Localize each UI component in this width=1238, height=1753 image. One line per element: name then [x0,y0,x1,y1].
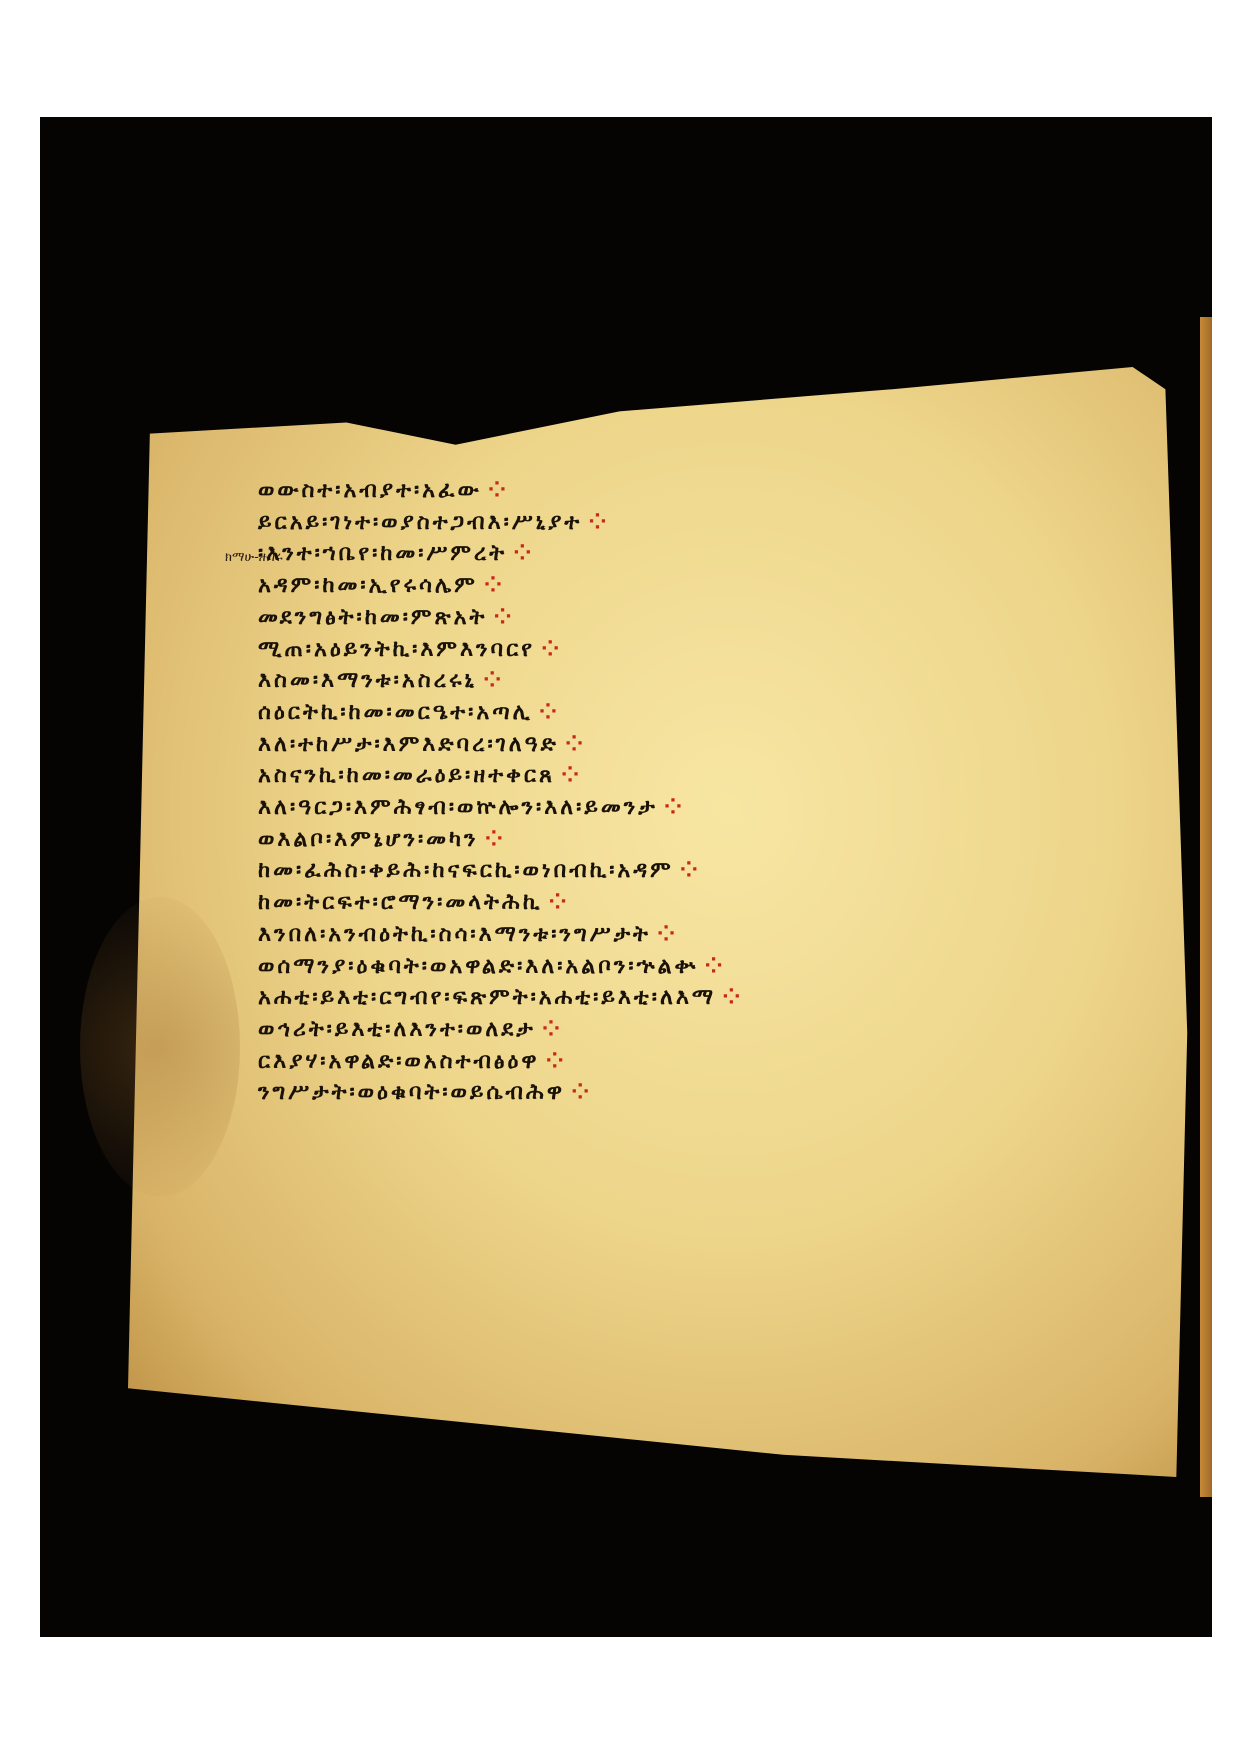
rubric-cross-icon: ⁘ [539,700,560,725]
rubric-cross-icon: ⁘ [485,827,506,852]
line-text: እለ፡ዓርጋ፡እምሕፃብ፡ወኵሎን፡እለ፡ይመንታ [258,795,658,820]
line-text: ንግሥታት፡ወዕቁባት፡ወይሴብሕዋ [258,1080,565,1105]
text-line: ርእያሃ፡አዋልድ፡ወአስተብፅዕዋ⁘ [258,1046,1138,1078]
text-line: ወኅሪት፡ይእቲ፡ለእንተ፡ወለደታ⁘ [258,1014,1138,1046]
line-text: ወውስተ፡አብያተ፡አፈው [258,478,482,503]
rubric-cross-icon: ⁘ [680,858,701,883]
text-line: ይርአይ፡ገነተ፡ወያስተጋብእ፡ሥኒያተ⁘ [258,507,1138,539]
line-text: ወሰማንያ፡ዕቁባት፡ወአዋልድ፡እለ፡አልቦን፡ኍልቍ [258,954,698,979]
rubric-cross-icon: ⁘ [704,954,725,979]
line-text: እለ፡ተከሥታ፡እምእድባረ፡ገለዓድ [258,732,559,757]
line-text: ርእያሃ፡አዋልድ፡ወአስተብፅዕዋ [258,1049,540,1074]
text-line: ከመ፡ትርፍተ፡ሮማን፡መላትሕኪ⁘ [258,887,1138,919]
rubric-cross-icon: ⁘ [513,541,534,566]
line-text: መደንግፅት፡ከመ፡ምጽአት [258,605,487,630]
rubric-cross-icon: ⁘ [483,668,504,693]
text-line: ሰዕርትኪ፡ከመ፡መርዔተ፡አጣሊ⁘ [258,697,1138,729]
line-text: ፡እንተ፡ኀቤየ፡ከመ፡ሥምረት [258,541,507,566]
text-line: አሐቲ፡ይእቲ፡ርግብየ፡ፍጽምት፡አሐቲ፡ይእቲ፡ለእማ⁘ [258,982,1138,1014]
rubric-cross-icon: ⁘ [493,605,514,630]
rubric-cross-icon: ⁘ [488,478,509,503]
text-line: ወእልቦ፡እምኔሆን፡መካን⁘ [258,824,1138,856]
text-line: አዳም፡ከመ፡ኢየሩሳሌም⁘ [258,570,1138,602]
rubric-cross-icon: ⁘ [561,763,582,788]
text-line: እንበለ፡አንብዕትኪ፡ስሳ፡እማንቱ፡ንግሥታት⁘ [258,919,1138,951]
text-line: ከመ፡ፈሕስ፡ቀይሕ፡ከናፍርኪ፡ወነበብኪ፡አዳም⁘ [258,855,1138,887]
line-text: ከመ፡ትርፍተ፡ሮማን፡መላትሕኪ [258,890,542,915]
text-line: እለ፡ተከሥታ፡እምእድባረ፡ገለዓድ⁘ [258,729,1138,761]
line-text: ከመ፡ፈሕስ፡ቀይሕ፡ከናፍርኪ፡ወነበብኪ፡አዳም [258,858,674,883]
rubric-cross-icon: ⁘ [722,985,743,1010]
line-text: ሰዕርትኪ፡ከመ፡መርዔተ፡አጣሊ [258,700,533,725]
text-line: ንግሥታት፡ወዕቁባት፡ወይሴብሕዋ⁘ [258,1077,1138,1109]
text-line: አስናንኪ፡ከመ፡መራዕይ፡ዘተቀርጸ⁘ [258,760,1138,792]
rubric-cross-icon: ⁘ [484,573,505,598]
text-line: መደንግፅት፡ከመ፡ምጽአት⁘ [258,602,1138,634]
water-stain [80,897,240,1197]
line-text: አዳም፡ከመ፡ኢየሩሳሌም [258,573,478,598]
line-text: ሚጠ፡አዕይንትኪ፡እምእንባርየ [258,637,535,662]
rubric-cross-icon: ⁘ [664,795,685,820]
line-text: አሐቲ፡ይእቲ፡ርግብየ፡ፍጽምት፡አሐቲ፡ይእቲ፡ለእማ [258,985,716,1010]
rubric-cross-icon: ⁘ [542,1017,563,1042]
line-text: እንበለ፡አንብዕትኪ፡ስሳ፡እማንቱ፡ንግሥታት [258,922,651,947]
rubric-cross-icon: ⁘ [657,922,678,947]
next-page-edge [1200,317,1212,1497]
rubric-cross-icon: ⁘ [546,1049,567,1074]
text-line: ወውስተ፡አብያተ፡አፈው⁘ [258,475,1138,507]
line-text: ወእልቦ፡እምኔሆን፡መካን [258,827,479,852]
rubric-cross-icon: ⁘ [541,637,562,662]
rubric-cross-icon: ⁘ [588,510,609,535]
text-line: ወሰማንያ፡ዕቁባት፡ወአዋልድ፡እለ፡አልቦን፡ኍልቍ⁘ [258,951,1138,983]
text-line: እስመ፡እማንቱ፡አስረሩኒ⁘ [258,665,1138,697]
line-text: ይርአይ፡ገነተ፡ወያስተጋብእ፡ሥኒያተ [258,510,582,535]
rubric-cross-icon: ⁘ [571,1080,592,1105]
rubric-cross-icon: ⁘ [548,890,569,915]
rubric-cross-icon: ⁘ [565,732,586,757]
manuscript-text: ወውስተ፡አብያተ፡አፈው⁘ይርአይ፡ገነተ፡ወያስተጋብእ፡ሥኒያተ⁘፡እንተ… [258,475,1138,1109]
line-text: እስመ፡እማንቱ፡አስረሩኒ [258,668,477,693]
text-line: እለ፡ዓርጋ፡እምሕፃብ፡ወኵሎን፡እለ፡ይመንታ⁘ [258,792,1138,824]
text-line: ሚጠ፡አዕይንትኪ፡እምእንባርየ⁘ [258,634,1138,666]
line-text: ወኅሪት፡ይእቲ፡ለእንተ፡ወለደታ [258,1017,536,1042]
line-text: አስናንኪ፡ከመ፡መራዕይ፡ዘተቀርጸ [258,763,555,788]
text-line: ፡እንተ፡ኀቤየ፡ከመ፡ሥምረት⁘ [258,538,1138,570]
